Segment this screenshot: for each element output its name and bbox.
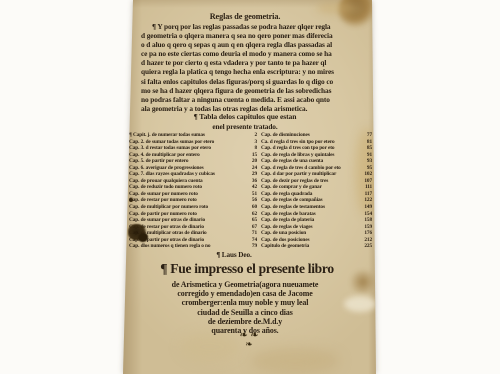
colophon-lines: de Arismetica y Geometria(agora nueuamet… bbox=[120, 280, 370, 335]
book-photo: Reglas de geometria. ¶ Y porq por las re… bbox=[0, 0, 500, 374]
text-line: ce pa no este ciertas como deuria el mod… bbox=[141, 49, 374, 58]
printed-page: Reglas de geometria. ¶ Y porq por las re… bbox=[120, 0, 378, 374]
text-line: no podras faltar a ninguna cuenta o medi… bbox=[141, 95, 374, 104]
text-line: ¶ Y porq por las reglas passadas se podr… bbox=[141, 22, 374, 31]
toc-right-column: Cap. de disminuciones77Ca. d regla d tre… bbox=[261, 132, 372, 250]
text-line: d hazer te por cierto q esta vdadera y p… bbox=[141, 58, 374, 67]
toc-heading-line1: ¶ Tabla delos capitulos que estan bbox=[120, 112, 370, 121]
text-line: de deziembre de.M.d.y bbox=[120, 317, 370, 326]
toc-chapter-title: Cap. dlos numeros q tienen regla o no bbox=[129, 243, 243, 250]
toc-left-column: ¶ Capit. j. de numerar todas sumas2Cap. … bbox=[129, 132, 257, 250]
text-line: mo se ha d hazer qlqera figura de geomet… bbox=[141, 86, 374, 95]
screenshot-root: Reglas de geometria. ¶ Y porq por las re… bbox=[0, 0, 500, 374]
text-line: si falta enlos capitulos delas figuras/p… bbox=[141, 77, 374, 86]
fleuron-row: ❧ bbox=[120, 340, 378, 349]
printer-fleuron-ornament: ❧ ❧ ❧ bbox=[120, 331, 378, 349]
laus-deo-line: ¶ Laus Deo. bbox=[120, 251, 348, 259]
text-line: quiera regla la platica q tengo hecha en… bbox=[141, 67, 374, 76]
page-title: Reglas de geometria. bbox=[120, 12, 370, 21]
toc-page-number: 225 bbox=[358, 243, 372, 250]
toc-row: Capitulo de geometria225 bbox=[261, 243, 372, 250]
text-line: ciudad de Seuilla a cinco dias bbox=[120, 308, 370, 317]
text-line: o d aluo q qero q sepas q aun q en qlqer… bbox=[141, 40, 374, 49]
toc-row: Cap. dlos numeros q tienen regla o no79 bbox=[129, 243, 257, 250]
stain bbox=[250, 348, 340, 374]
text-line: d geometria o qlqera manera q sea no qer… bbox=[141, 31, 374, 40]
text-line: de Arismetica y Geometria(agora nueuamet… bbox=[120, 280, 370, 289]
toc-heading-line2: enel presente tratado. bbox=[120, 122, 370, 131]
toc-page-number: 79 bbox=[243, 243, 257, 250]
toc-chapter-title: Capitulo de geometria bbox=[261, 243, 358, 250]
text-line: cromberger:enla muy noble y muy leal bbox=[120, 298, 370, 307]
colophon-headline: ¶ Fue impresso el presente libro bbox=[120, 261, 374, 277]
page-edge-shadow-top bbox=[120, 0, 378, 8]
intro-paragraph: ¶ Y porq por las reglas passadas se podr… bbox=[141, 22, 374, 113]
text-line: corregido y emendado)en casa de Jacome bbox=[120, 289, 370, 298]
